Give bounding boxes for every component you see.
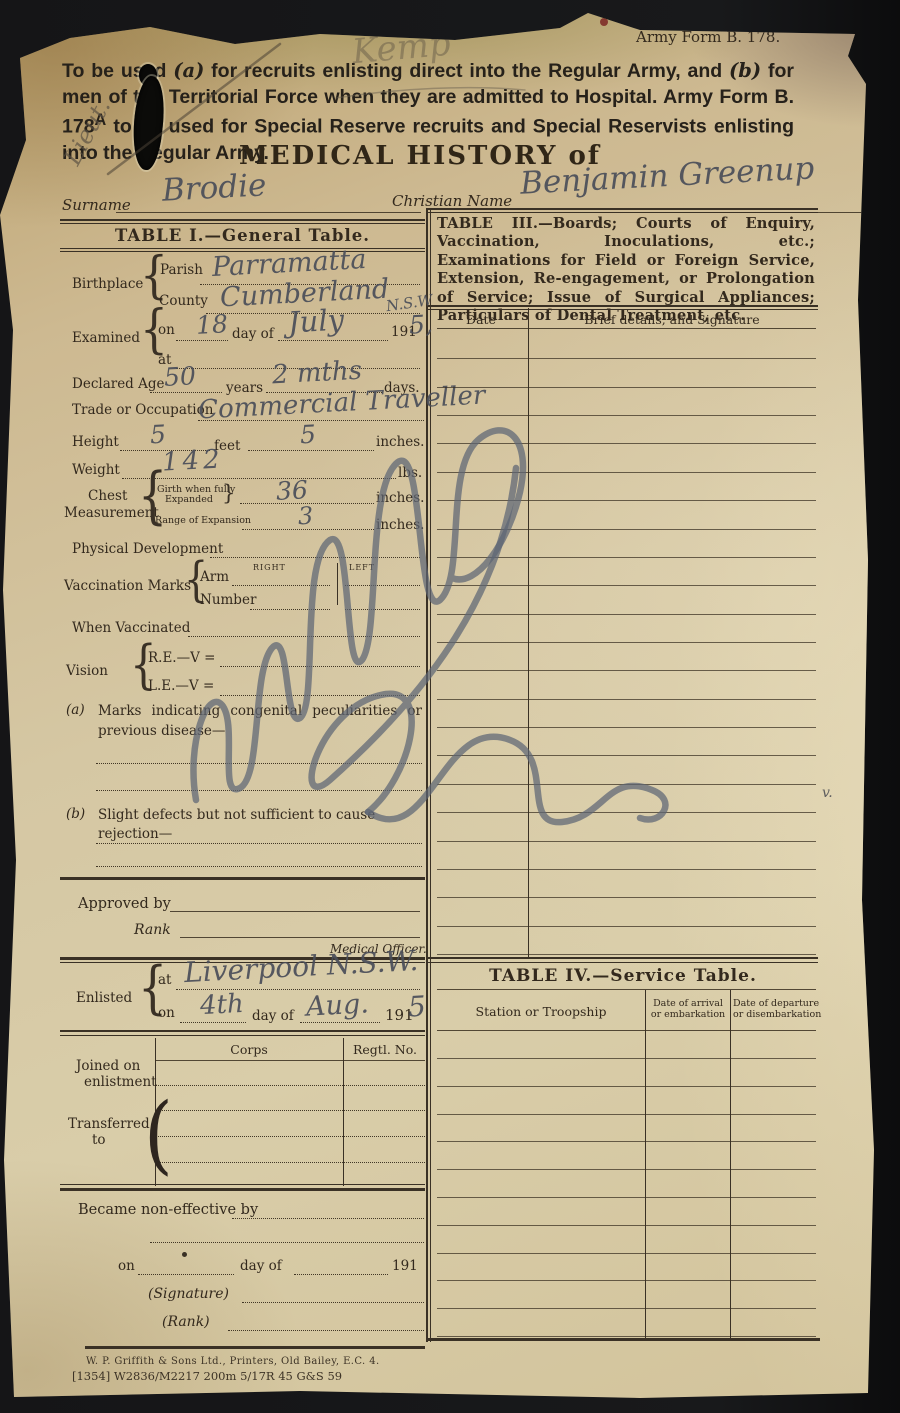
fill-line — [294, 1274, 388, 1275]
table4-bottom-rule — [428, 1338, 820, 1341]
printer-imprint: W. P. Griffith & Sons Ltd., Printers, Ol… — [86, 1356, 380, 1367]
fill-line — [210, 557, 420, 558]
transferred-to-label2: to — [92, 1132, 106, 1148]
table-row-line — [437, 1114, 816, 1115]
parish-label: Parish — [160, 262, 203, 278]
table-row-line — [155, 1110, 425, 1111]
height-inches-value: 5 — [299, 420, 316, 450]
examined-dayof-label: day of — [232, 326, 274, 342]
section-rule — [60, 877, 425, 880]
column-divider — [430, 208, 431, 1342]
vaccination-marks-label: Vaccination Marks — [64, 578, 191, 594]
table-row-line — [437, 1169, 816, 1170]
enlisted-day-value: 4th — [199, 989, 244, 1021]
enlisted-dayof-label: day of — [252, 1008, 294, 1024]
table-row-line — [155, 1162, 425, 1163]
fill-line — [96, 790, 422, 791]
fill-line — [176, 340, 228, 341]
fill-line — [220, 695, 420, 696]
table1-title: TABLE I.—General Table. — [60, 226, 425, 245]
transferred-brace: ( — [144, 1092, 173, 1177]
print-code: [1354] W2836/M2217 200m 5/17R 45 G&S 59 — [72, 1369, 342, 1383]
non-effective-on-label: on — [118, 1258, 135, 1274]
table-row-line — [437, 1336, 816, 1337]
fill-line — [170, 911, 420, 912]
arm-label: Arm — [200, 569, 229, 585]
enlisted-on-label: on — [158, 1005, 175, 1021]
girth-close-brace: } — [222, 483, 235, 504]
fill-line — [96, 866, 422, 867]
column-divider — [426, 208, 428, 1342]
corps-header: Corps — [160, 1042, 338, 1057]
table-row-line — [437, 1197, 816, 1198]
fill-line — [96, 843, 422, 844]
table4-body — [437, 0, 816, 1413]
height-feet-value: 5 — [149, 420, 166, 450]
tick-annotation: v. — [822, 785, 833, 801]
rank-bottom-label: (Rank) — [162, 1314, 210, 1330]
number-label: Number — [200, 592, 256, 608]
fill-line — [250, 609, 330, 610]
vision-re-label: R.E.—V = — [148, 650, 215, 666]
fill-line — [228, 1330, 424, 1331]
right-column-label: Right — [253, 563, 286, 572]
fill-line — [345, 585, 420, 586]
lbs-label: lbs. — [398, 465, 422, 481]
vision-label: Vision — [66, 663, 108, 679]
girth-unit: inches. — [376, 490, 424, 506]
rule-line — [60, 219, 425, 221]
fill-line — [138, 1274, 234, 1275]
section-rule — [60, 1035, 425, 1036]
fill-line — [345, 609, 420, 610]
fill-line — [232, 1218, 424, 1219]
declared-age-value: 50 — [163, 361, 196, 392]
fill-line — [96, 763, 422, 764]
fill-line — [150, 1242, 424, 1243]
table-row-line — [437, 1058, 816, 1059]
fill-line — [248, 450, 374, 451]
joined-on-enlistment-label: Joined on — [76, 1058, 140, 1074]
weight-value: 142 — [161, 444, 224, 477]
table-row-line — [437, 1225, 816, 1226]
fill-line — [220, 666, 420, 667]
range-unit: inches. — [376, 517, 424, 533]
examined-label: Examined — [72, 330, 140, 346]
kemp-annotation: Kemp — [350, 24, 452, 72]
chest-label1: Chest — [88, 488, 127, 504]
table-row-line — [155, 1060, 425, 1061]
non-effective-year-printed: 191 — [392, 1258, 418, 1274]
examined-month-value: July — [287, 303, 345, 340]
girth-label2: Expanded — [165, 494, 213, 505]
fill-line — [180, 1022, 246, 1023]
fill-line — [232, 585, 330, 586]
paper-sheet: Army Form B. 178. To be used (a) for rec… — [0, 0, 900, 1413]
transferred-to-label: Transferred — [68, 1116, 150, 1132]
non-effective-label: Became non-effective by — [78, 1202, 258, 1218]
range-label: Range of Expansion — [155, 515, 251, 526]
scanned-document: Army Form B. 178. To be used (a) for rec… — [0, 0, 900, 1413]
regtl-no-header: Regtl. No. — [346, 1042, 424, 1057]
defects-b-prefix: (b) — [66, 806, 85, 822]
table-row-line — [437, 1253, 816, 1254]
declared-months-value: 2 mths — [271, 356, 362, 391]
intro-a: (a) — [173, 59, 204, 82]
section-rule — [60, 1030, 425, 1032]
table-row-line — [437, 1086, 816, 1087]
birthplace-label: Birthplace — [72, 276, 143, 292]
fill-line — [150, 392, 222, 393]
section-rule — [60, 1184, 425, 1185]
surname-value: Brodie — [161, 167, 267, 208]
enlisted-month-value: Aug. — [305, 988, 369, 1022]
height-label: Height — [72, 434, 119, 450]
examined-day-value: 18 — [195, 309, 228, 340]
rank-label: Rank — [134, 922, 171, 938]
table-row-line — [437, 1280, 816, 1281]
examined-on-label: on — [158, 322, 175, 338]
declared-age-label: Declared Age — [72, 376, 165, 392]
footer-rule — [85, 1346, 425, 1349]
non-effective-dayof-label: day of — [240, 1258, 282, 1274]
approved-by-label: Approved by — [78, 896, 171, 912]
weight-label: Weight — [72, 462, 120, 478]
table-row-line — [437, 1308, 816, 1309]
inches-label: inches. — [376, 434, 424, 450]
table-row-line — [155, 1136, 425, 1137]
marks-a-text: Marks indicating congenital peculiaritie… — [98, 702, 422, 741]
right-left-divider — [337, 563, 338, 605]
rule-line — [60, 248, 425, 249]
range-value: 3 — [297, 502, 314, 531]
fill-line — [116, 212, 421, 213]
rule-line — [60, 223, 425, 224]
enlisted-label: Enlisted — [76, 990, 132, 1006]
table-row-line — [155, 1085, 425, 1086]
fill-line — [278, 340, 388, 341]
vision-le-label: L.E.—V = — [148, 678, 214, 694]
enlisted-at-label: at — [158, 972, 171, 988]
enlisted-year-suffix: 5 — [407, 990, 427, 1024]
signature-label: (Signature) — [148, 1286, 229, 1302]
trade-label: Trade or Occupation — [72, 402, 213, 418]
left-column-label: Left — [349, 563, 375, 572]
ink-dot — [182, 1252, 187, 1257]
defects-b-text: Slight defects but not sufficient to cau… — [98, 806, 428, 844]
fill-line — [242, 1302, 424, 1303]
section-rule — [60, 1188, 425, 1191]
fill-line — [188, 636, 420, 637]
marks-a-prefix: (a) — [66, 702, 85, 718]
enlisted-at-value: Liverpool N.S.W. — [183, 944, 419, 989]
table-row-line — [437, 1141, 816, 1142]
examined-year-suffix: 5, — [408, 309, 433, 339]
fill-line — [180, 937, 420, 938]
